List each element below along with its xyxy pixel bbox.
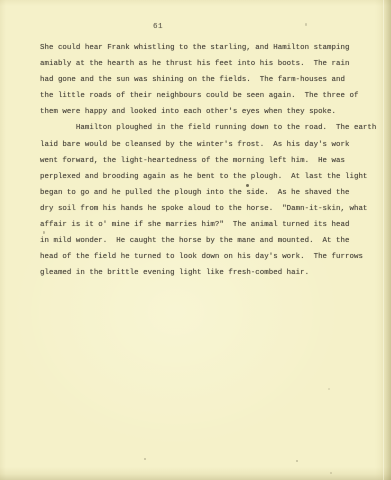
typewritten-line: in mild wonder. He caught the horse by t…: [40, 233, 370, 249]
page-edge-crease: [383, 0, 384, 480]
typewritten-line: the little roads of their neighbours cou…: [40, 88, 370, 104]
typewritten-line: Hamilton ploughed in the field running d…: [40, 120, 370, 136]
typewritten-line: laid bare would be cleansed by the winte…: [40, 137, 370, 153]
typewritten-line: affair is it o' mine if she marries him?…: [40, 217, 370, 233]
typewritten-line: dry soil from his hands he spoke aloud t…: [40, 201, 370, 217]
typewritten-line: them were happy and looked into each oth…: [40, 104, 370, 120]
typewritten-line: went forward, the light-heartedness of t…: [40, 153, 370, 169]
ink-speck: [328, 388, 330, 390]
typewritten-line: perplexed and brooding again as he bent …: [40, 169, 370, 185]
ink-speck: [330, 472, 332, 474]
typewritten-line: She could hear Frank whistling to the st…: [40, 40, 370, 56]
ink-speck: [305, 23, 307, 26]
typewritten-line: began to go and he pulled the plough int…: [40, 185, 370, 201]
ink-speck: [296, 460, 298, 462]
scanned-page: 61 She could hear Frank whistling to the…: [0, 0, 391, 480]
ink-speck: [144, 458, 146, 460]
typewritten-text: She could hear Frank whistling to the st…: [40, 40, 370, 281]
ink-speck: [246, 184, 249, 187]
typewritten-line: had gone and the sun was shining on the …: [40, 72, 370, 88]
ink-speck: [43, 231, 45, 234]
page-number: 61: [146, 23, 170, 31]
typewritten-line: amiably at the hearth as he thrust his f…: [40, 56, 370, 72]
typewritten-line: gleamed in the brittle evening light lik…: [40, 265, 370, 281]
typewritten-line: head of the field he turned to look down…: [40, 249, 370, 265]
